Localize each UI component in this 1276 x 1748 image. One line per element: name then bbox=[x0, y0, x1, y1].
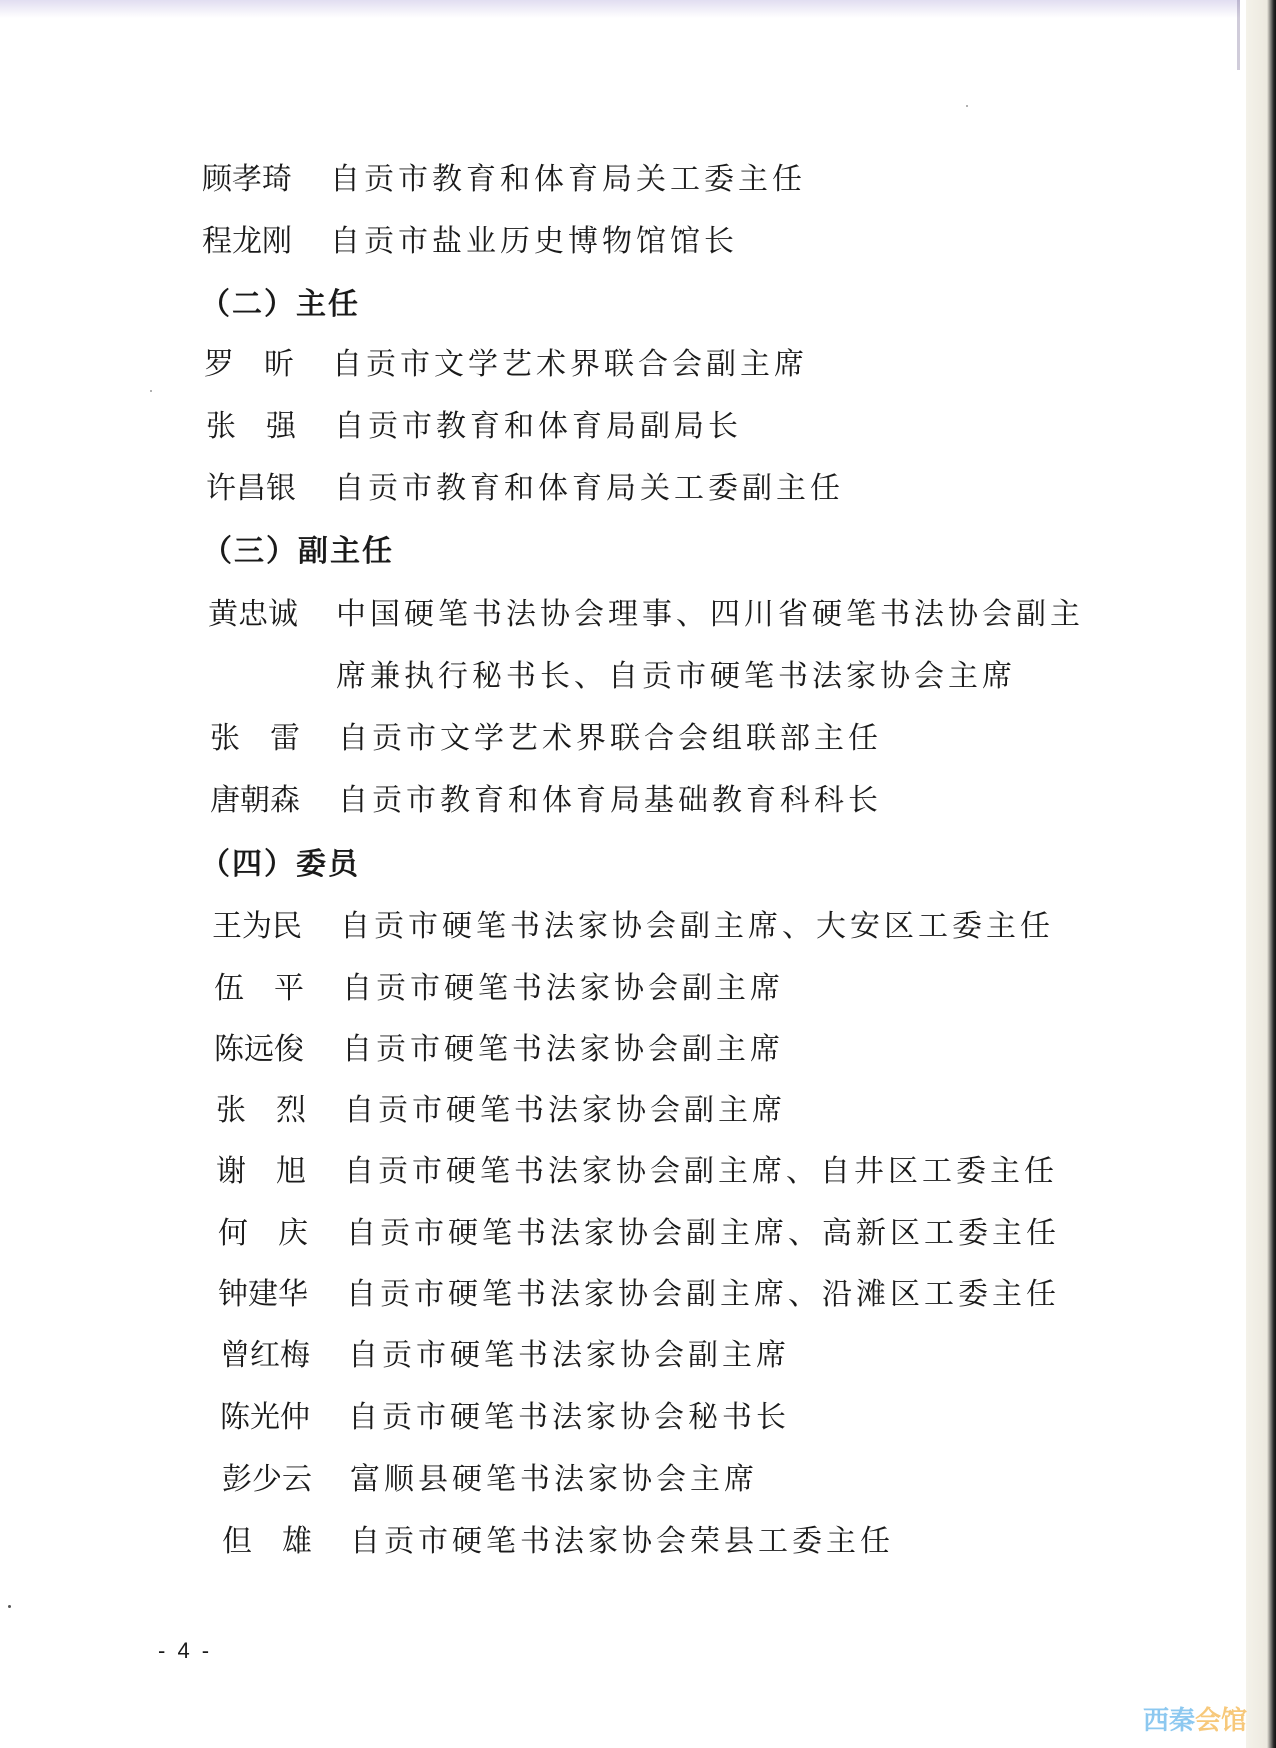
member-entry: 陈远俊自贡市硬笔书法家协会副主席 bbox=[214, 1030, 784, 1070]
member-name: 伍 平 bbox=[214, 969, 342, 1009]
member-name: 钟建华 bbox=[218, 1275, 346, 1315]
member-title: 自贡市硬笔书法家协会副主席、大安区工委主任 bbox=[340, 907, 1054, 947]
member-title: 自贡市盐业历史博物馆馆长 bbox=[330, 222, 738, 262]
member-name: 唐朝森 bbox=[210, 781, 338, 821]
member-name: 顾孝琦 bbox=[202, 160, 330, 200]
document-page: 顾孝琦自贡市教育和体育局关工委主任 程龙刚自贡市盐业历史博物馆馆长 （二）主任 … bbox=[0, 0, 1240, 1748]
member-entry: 伍 平自贡市硬笔书法家协会副主席 bbox=[214, 969, 784, 1009]
section-heading-members: （四）委员 bbox=[200, 845, 360, 885]
member-title: 自贡市硬笔书法家协会副主席、沿滩区工委主任 bbox=[346, 1275, 1060, 1315]
member-entry: 许昌银自贡市教育和体育局关工委副主任 bbox=[206, 469, 844, 509]
member-title: 自贡市硬笔书法家协会秘书长 bbox=[348, 1398, 790, 1438]
member-entry: 程龙刚自贡市盐业历史博物馆馆长 bbox=[202, 222, 738, 262]
member-title: 中国硬笔书法协会理事、四川省硬笔书法协会副主 bbox=[336, 595, 1084, 635]
member-title: 自贡市硬笔书法家协会荣县工委主任 bbox=[350, 1522, 894, 1562]
member-name: 程龙刚 bbox=[202, 222, 330, 262]
member-entry: 张 强自贡市教育和体育局副局长 bbox=[206, 407, 742, 447]
member-title: 自贡市教育和体育局副局长 bbox=[334, 407, 742, 447]
scan-speck bbox=[150, 390, 152, 392]
member-title: 自贡市教育和体育局关工委副主任 bbox=[334, 469, 844, 509]
section-heading-deputy-director: （三）副主任 bbox=[202, 532, 394, 572]
member-title: 自贡市硬笔书法家协会副主席 bbox=[344, 1091, 786, 1131]
member-entry: 谢 旭自贡市硬笔书法家协会副主席、自井区工委主任 bbox=[216, 1152, 1058, 1192]
member-entry: 张 雷自贡市文学艺术界联合会组联部主任 bbox=[210, 719, 882, 759]
member-title: 富顺县硬笔书法家协会主席 bbox=[350, 1460, 758, 1500]
member-title: 自贡市文学艺术界联合会组联部主任 bbox=[338, 719, 882, 759]
member-name: 但 雄 bbox=[222, 1522, 350, 1562]
member-name: 王为民 bbox=[212, 907, 340, 947]
member-entry-continuation: 席兼执行秘书长、自贡市硬笔书法家协会主席 bbox=[336, 657, 1016, 697]
member-name: 张 烈 bbox=[216, 1091, 344, 1131]
member-entry: 罗 昕自贡市文学艺术界联合会副主席 bbox=[204, 345, 808, 385]
member-entry: 曾红梅自贡市硬笔书法家协会副主席 bbox=[220, 1336, 790, 1376]
member-title: 自贡市硬笔书法家协会副主席、自井区工委主任 bbox=[344, 1152, 1058, 1192]
member-name: 陈远俊 bbox=[214, 1030, 342, 1070]
member-entry: 张 烈自贡市硬笔书法家协会副主席 bbox=[216, 1091, 786, 1131]
member-entry: 黄忠诚中国硬笔书法协会理事、四川省硬笔书法协会副主 bbox=[208, 595, 1084, 635]
scan-speck bbox=[966, 105, 968, 107]
member-name: 许昌银 bbox=[206, 469, 334, 509]
member-name: 曾红梅 bbox=[220, 1336, 348, 1376]
scan-speck bbox=[8, 1605, 11, 1608]
member-entry: 陈光仲自贡市硬笔书法家协会秘书长 bbox=[220, 1398, 790, 1438]
member-name: 张 雷 bbox=[210, 719, 338, 759]
section-heading-director: （二）主任 bbox=[200, 285, 360, 325]
member-entry: 钟建华自贡市硬笔书法家协会副主席、沿滩区工委主任 bbox=[218, 1275, 1060, 1315]
watermark-part1: 西秦 bbox=[1143, 1706, 1195, 1736]
member-entry: 何 庆自贡市硬笔书法家协会副主席、高新区工委主任 bbox=[218, 1214, 1060, 1254]
member-entry: 彭少云富顺县硬笔书法家协会主席 bbox=[222, 1460, 758, 1500]
member-title: 自贡市硬笔书法家协会副主席 bbox=[342, 969, 784, 1009]
member-name: 陈光仲 bbox=[220, 1398, 348, 1438]
member-title: 自贡市文学艺术界联合会副主席 bbox=[332, 345, 808, 385]
member-entry: 但 雄自贡市硬笔书法家协会荣县工委主任 bbox=[222, 1522, 894, 1562]
scan-page-edge bbox=[1246, 0, 1276, 1748]
page-number: - 4 - bbox=[158, 1637, 212, 1665]
member-title: 自贡市教育和体育局关工委主任 bbox=[330, 160, 806, 200]
member-title: 自贡市硬笔书法家协会副主席、高新区工委主任 bbox=[346, 1214, 1060, 1254]
member-name: 黄忠诚 bbox=[208, 595, 336, 635]
member-entry: 唐朝森自贡市教育和体育局基础教育科科长 bbox=[210, 781, 882, 821]
member-name: 彭少云 bbox=[222, 1460, 350, 1500]
member-name: 张 强 bbox=[206, 407, 334, 447]
member-entry: 顾孝琦自贡市教育和体育局关工委主任 bbox=[202, 160, 806, 200]
member-title-continuation: 席兼执行秘书长、自贡市硬笔书法家协会主席 bbox=[336, 657, 1016, 697]
member-name: 谢 旭 bbox=[216, 1152, 344, 1192]
member-entry: 王为民自贡市硬笔书法家协会副主席、大安区工委主任 bbox=[212, 907, 1054, 947]
member-title: 自贡市硬笔书法家协会副主席 bbox=[342, 1030, 784, 1070]
watermark-logo: 西秦会馆 bbox=[1143, 1706, 1247, 1736]
member-title: 自贡市硬笔书法家协会副主席 bbox=[348, 1336, 790, 1376]
member-name: 罗 昕 bbox=[204, 345, 332, 385]
member-name: 何 庆 bbox=[218, 1214, 346, 1254]
member-title: 自贡市教育和体育局基础教育科科长 bbox=[338, 781, 882, 821]
watermark-part2: 会馆 bbox=[1195, 1706, 1247, 1736]
